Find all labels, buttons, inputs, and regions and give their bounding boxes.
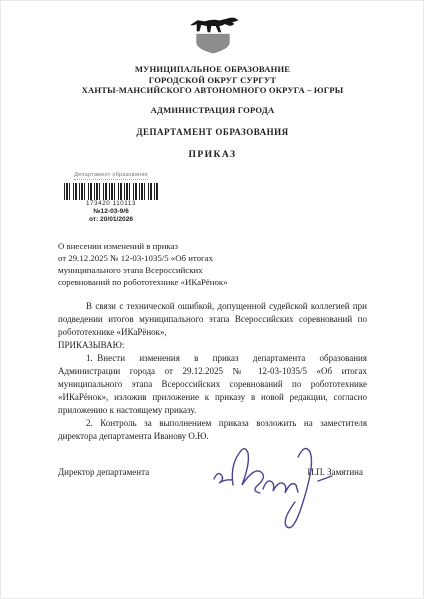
handwritten-signature	[206, 433, 356, 543]
body-paragraph-1: В связи с технической ошибкой, допущенно…	[58, 300, 367, 339]
org-line-1: МУНИЦИПАЛЬНОЕ ОБРАЗОВАНИЕ	[58, 64, 367, 75]
stamp-reg-number: №12-03-9/6	[59, 208, 163, 215]
subject-line-3: муниципального этапа Всероссийских	[58, 264, 367, 276]
doc-type-title: ПРИКАЗ	[58, 149, 367, 160]
document-content: МУНИЦИПАЛЬНОЕ ОБРАЗОВАНИЕ ГОРОДСКОЙ ОКРУ…	[1, 1, 423, 477]
emblem-wrap	[58, 15, 367, 60]
subject-block: О внесении изменений в приказ от 29.12.2…	[58, 240, 367, 288]
subject-line-1: О внесении изменений в приказ	[58, 240, 367, 252]
administration-title: АДМИНИСТРАЦИЯ ГОРОДА	[58, 105, 367, 115]
signature-row: Директор департамента И.П. Замятина	[58, 467, 367, 477]
stamp-label: Департамент образования	[74, 172, 148, 180]
stamp-reg-date: от: 20/01/2026	[59, 216, 163, 223]
body-item-2: 2. Контроль за выполнением приказа возло…	[58, 417, 367, 443]
body-item-1: 1. Внести изменения в приказ департамент…	[58, 352, 367, 417]
barcode-digits: 173420 110113	[59, 200, 163, 207]
registration-stamp: Департамент образования 173420 110113 №1…	[59, 163, 163, 224]
subject-line-2: от 29.12.2025 № 12-03-1035/5 «Об итогах	[58, 252, 367, 264]
barcode	[64, 183, 158, 200]
document-page: МУНИЦИПАЛЬНОЕ ОБРАЗОВАНИЕ ГОРОДСКОЙ ОКРУ…	[0, 0, 424, 599]
subject-line-4: соревнований по робототехнике «ИКаРёнок»	[58, 276, 367, 288]
org-line-2: ГОРОДСКОЙ ОКРУГ СУРГУТ	[58, 75, 367, 86]
body-text: В связи с технической ошибкой, допущенно…	[58, 300, 367, 443]
signature-title: Директор департамента	[58, 467, 149, 477]
department-title: ДЕПАРТАМЕНТ ОБРАЗОВАНИЯ	[58, 127, 367, 137]
surgut-fox-emblem	[184, 15, 242, 55]
signature-name: И.П. Замятина	[307, 467, 363, 477]
order-word: ПРИКАЗЫВАЮ:	[58, 339, 367, 352]
org-block: МУНИЦИПАЛЬНОЕ ОБРАЗОВАНИЕ ГОРОДСКОЙ ОКРУ…	[58, 64, 367, 96]
org-line-3: ХАНТЫ-МАНСИЙСКОГО АВТОНОМНОГО ОКРУГА – Ю…	[58, 85, 367, 96]
